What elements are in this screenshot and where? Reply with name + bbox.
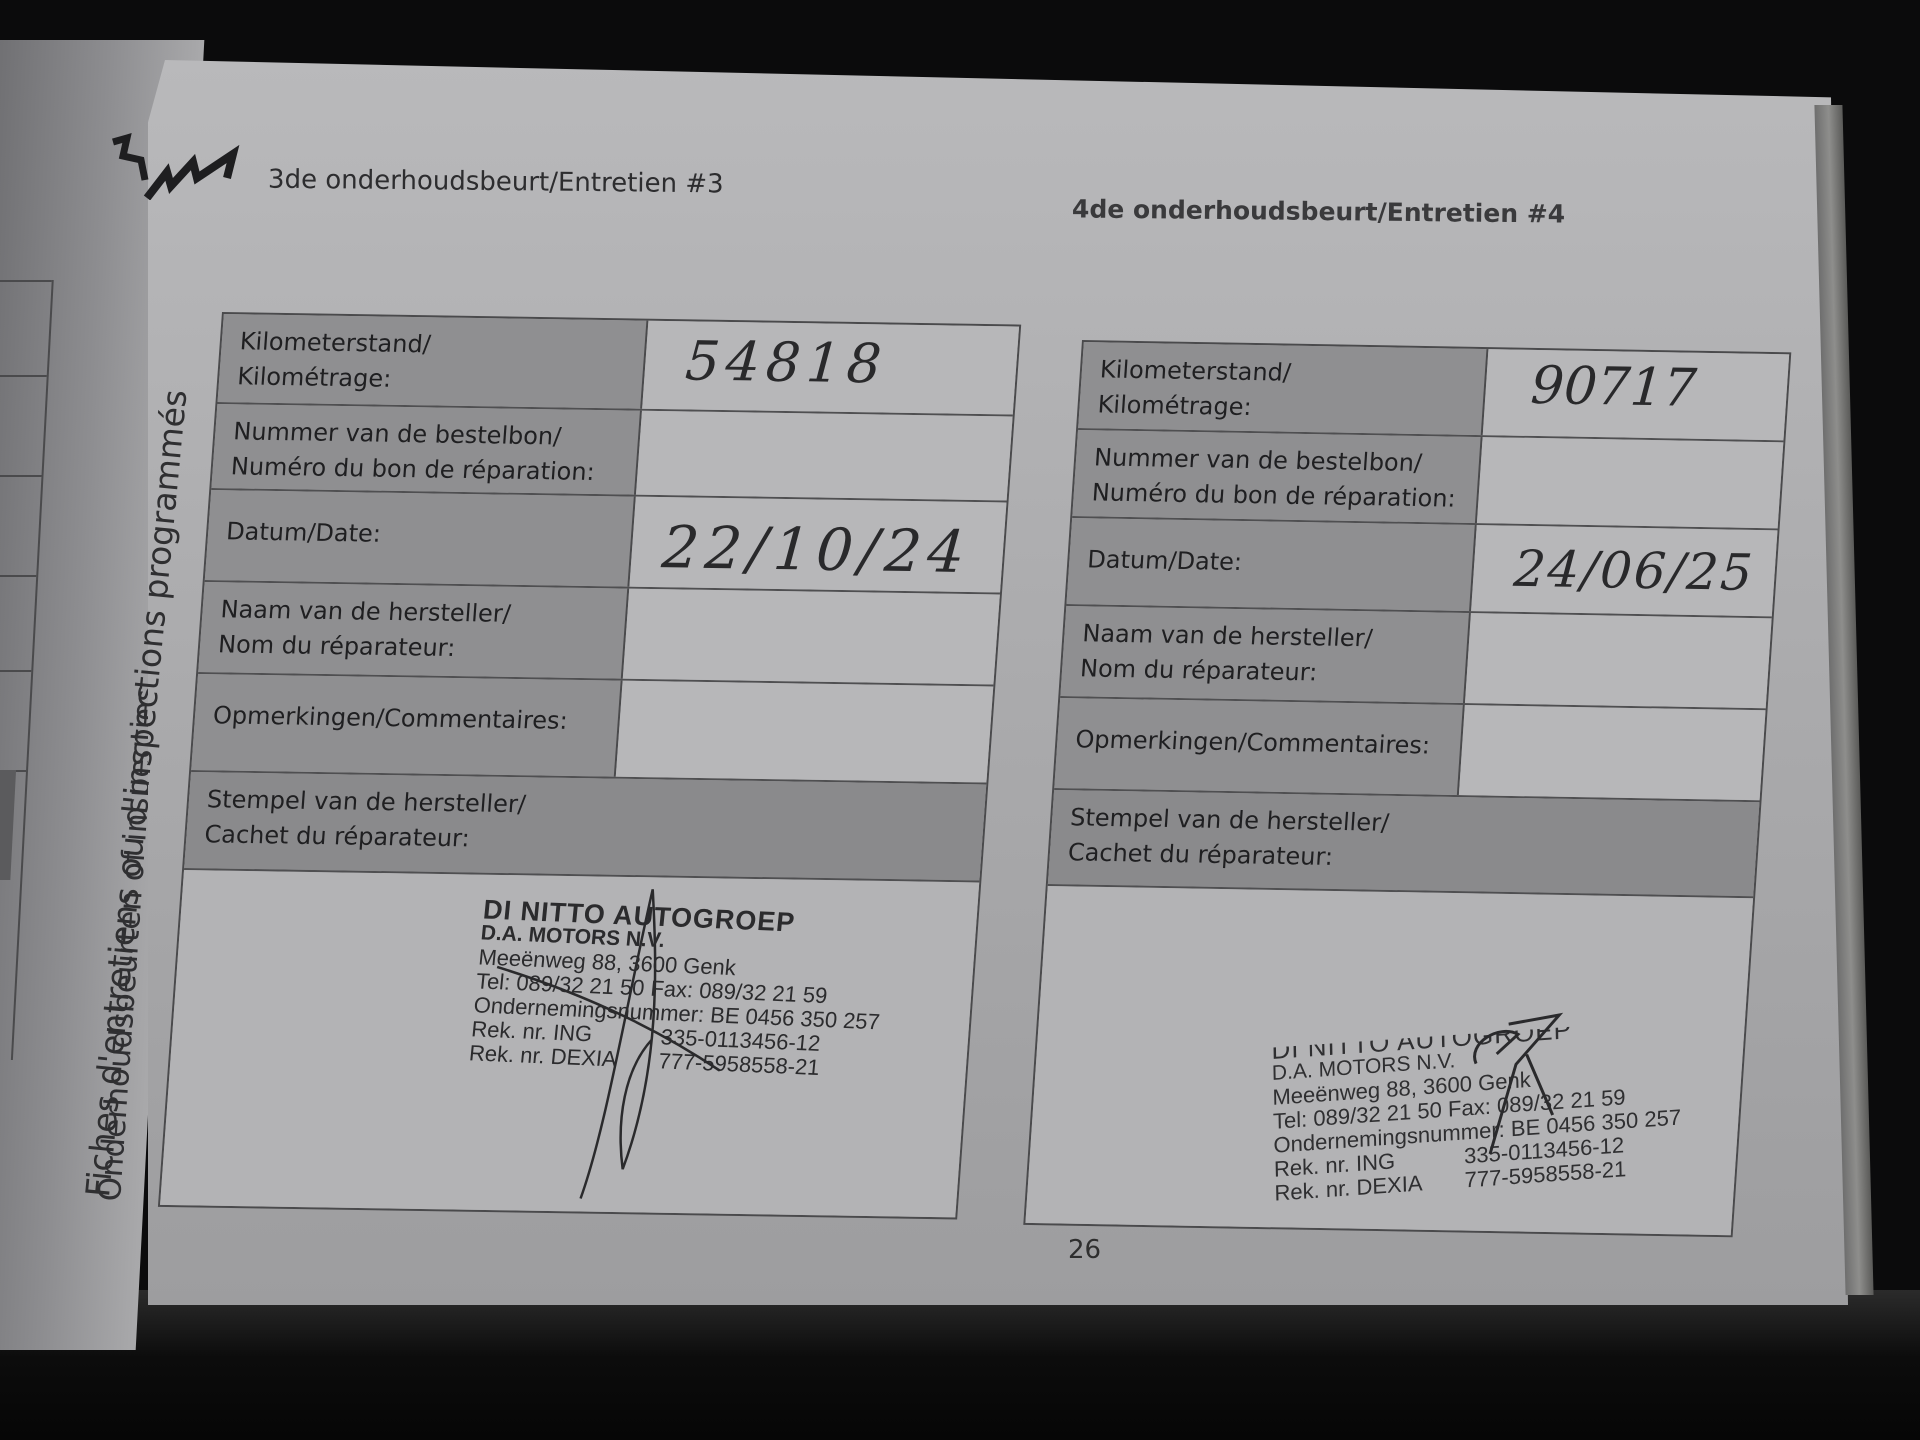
field-label: Kilometerstand/Kilométrage:: [1078, 342, 1488, 435]
stamp-area[interactable]: DI NITTO AUTOGROEP D.A. MOTORS N.V. Meeë…: [1025, 886, 1753, 1235]
field-comments: Opmerkingen/Commentaires:: [191, 674, 993, 784]
field-label: Naam van de hersteller/Nom du réparateur…: [1060, 606, 1471, 703]
field-value[interactable]: [636, 411, 1013, 501]
field-repairer-name: Naam van de hersteller/Nom du réparateur…: [198, 582, 1000, 686]
stamp-label: Stempel van de hersteller/Cachet du répa…: [1048, 790, 1760, 896]
background-surface: [0, 1290, 1920, 1440]
kia-logo-icon: [105, 120, 245, 200]
repairer-stamp: DI NITTO AUTOGROEP D.A. MOTORS N.V. Meeë…: [468, 897, 890, 1082]
field-label: Opmerkingen/Commentaires:: [191, 674, 622, 777]
field-label: Naam van de hersteller/Nom du réparateur…: [198, 582, 629, 679]
field-value[interactable]: [623, 589, 1000, 685]
page-number: 26: [1068, 1235, 1101, 1265]
field-value[interactable]: [1465, 613, 1772, 708]
maintenance-form-4: Kilometerstand/Kilométrage: 90717 Nummer…: [1023, 340, 1791, 1237]
stamp-header: Stempel van de hersteller/Cachet du répa…: [184, 772, 986, 882]
field-date: Datum/Date: 24/06/25: [1066, 518, 1777, 618]
field-comments: Opmerkingen/Commentaires:: [1054, 698, 1765, 802]
date-handwritten: 24/06/25: [1512, 540, 1756, 602]
field-label: Datum/Date:: [1066, 518, 1476, 611]
field-label: Nummer van de bestelbon/Numéro du bon de…: [1072, 430, 1482, 523]
field-label: Opmerkingen/Commentaires:: [1054, 698, 1465, 795]
mileage-handwritten: 54818: [683, 329, 889, 395]
field-value[interactable]: [616, 681, 994, 783]
field-date: Datum/Date: 22/10/24: [205, 490, 1007, 594]
field-order-number: Nummer van de bestelbon/Numéro du bon de…: [211, 404, 1012, 502]
field-mileage: Kilometerstand/Kilométrage: 90717: [1078, 342, 1789, 442]
left-page-table: [0, 280, 54, 1060]
field-label: Nummer van de bestelbon/Numéro du bon de…: [211, 404, 642, 495]
field-value[interactable]: 54818: [642, 321, 1019, 415]
field-value[interactable]: [1477, 437, 1783, 528]
field-repairer-name: Naam van de hersteller/Nom du réparateur…: [1060, 606, 1771, 710]
field-label: Datum/Date:: [205, 490, 636, 587]
field-value[interactable]: 90717: [1483, 349, 1789, 440]
field-order-number: Nummer van de bestelbon/Numéro du bon de…: [1072, 430, 1783, 530]
date-handwritten: 22/10/24: [660, 513, 973, 586]
section-title-entretien-4: 4de onderhoudsbeurt/Entretien #4: [1072, 194, 1565, 228]
field-mileage: Kilometerstand/Kilométrage: 54818: [217, 314, 1019, 416]
mileage-handwritten: 90717: [1529, 356, 1698, 419]
repairer-stamp: DI NITTO AUTOGROEP D.A. MOTORS N.V. Meeë…: [1271, 1010, 1682, 1206]
field-value[interactable]: 22/10/24: [629, 497, 1006, 593]
field-value[interactable]: 24/06/25: [1471, 525, 1777, 616]
maintenance-form-3: Kilometerstand/Kilométrage: 54818 Nummer…: [158, 312, 1021, 1219]
stamp-header: Stempel van de hersteller/Cachet du répa…: [1048, 790, 1760, 898]
field-value[interactable]: [1459, 705, 1766, 800]
field-label: Kilometerstand/Kilométrage:: [218, 314, 649, 409]
stamp-label: Stempel van de hersteller/Cachet du répa…: [184, 772, 986, 880]
stamp-area[interactable]: DI NITTO AUTOGROEP D.A. MOTORS N.V. Meeë…: [160, 870, 979, 1217]
section-title-entretien-3: 3de onderhoudsbeurt/Entretien #3: [268, 165, 724, 200]
